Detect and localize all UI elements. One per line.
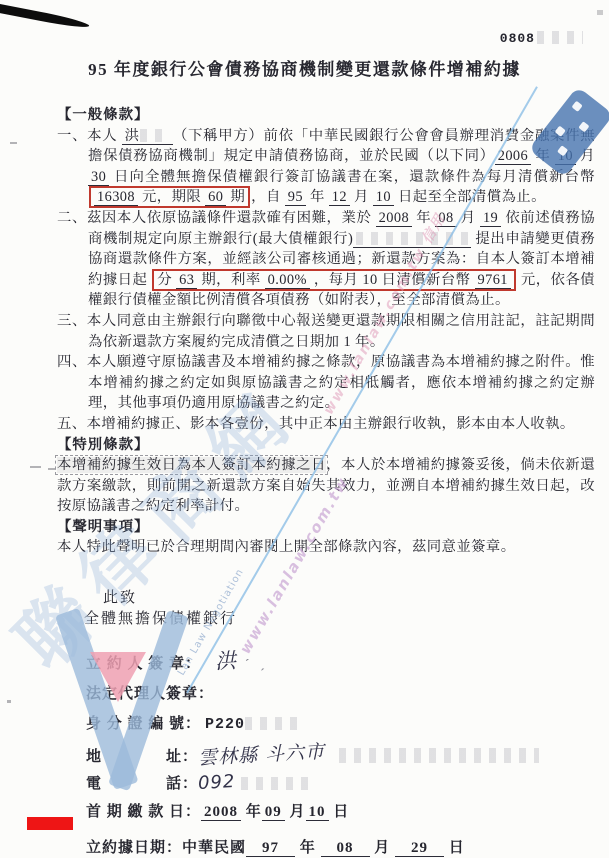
general-terms-heading: 【一般條款】 <box>57 105 595 126</box>
first-payment-date-row: 首 期 繳 款 日：2008 年09 月10 日 <box>86 800 349 821</box>
clause-3: 三、本人同意由主辦銀行向聯徵中心報送變更還款期限相關之信用註記，註記期間為依新還… <box>57 311 595 352</box>
signer-signature-label: 立 約 人 簽 章： <box>86 656 201 672</box>
special-terms-body: 本增補約據生效日為本人簽訂本約據之日，本人於本增補約據簽妥後，倘未依新還款方案繳… <box>57 455 595 517</box>
closing-salutation: 此致 <box>103 586 137 607</box>
contract-date-value: 97 年 08 月 29 日 <box>246 840 465 857</box>
phone-row: 電 話：092 <box>86 772 311 793</box>
address-row: 地 址：雲林縣 斗六市 <box>86 740 539 767</box>
first-payment-date-value: 2008 年09 月10 日 <box>201 804 349 821</box>
document-number: 0808 <box>500 31 583 46</box>
document-number-value: 0808 <box>500 31 535 46</box>
redacted-document-number <box>537 31 583 44</box>
scan-speck <box>7 700 11 703</box>
address-handwritten-value: 雲林縣 斗六市 <box>197 737 325 771</box>
document-body: 【一般條款】 一、本人 洪（下稱甲方）前依「中華民國銀行公會會員辦理消費金融案件… <box>57 105 595 558</box>
signer-signature-row: 立 約 人 簽 章：洪ˊ ˏ <box>86 645 269 675</box>
id-number-row: 身 分 證 編 號：P220 <box>86 712 297 733</box>
signature-stray-marks: ˊ ˏ <box>245 656 269 671</box>
id-number-value: P220 <box>205 716 245 733</box>
legal-representative-label: 法定代理人簽章： <box>86 686 214 702</box>
phone-handwritten-value: 092 <box>197 771 235 794</box>
contract-date-row: 立約據日期：中華民國97 年 08 月 29 日 <box>86 836 465 857</box>
document-title: 95 年度銀行公會債務協商機制變更還款條件增補約據 <box>0 55 609 80</box>
scan-speck <box>597 10 603 15</box>
contract-date-label: 立約據日期：中華民國 <box>86 840 246 856</box>
scan-speck <box>10 142 17 144</box>
clause-2: 二、茲因本人依原協議條件還款確有困難，業於 2008 年 08 月 19 依前述… <box>57 208 595 311</box>
clause-1: 一、本人 洪（下稱甲方）前依「中華民國銀行公會會員辦理消費金融案件無擔保債務協商… <box>57 126 595 208</box>
clause-4: 四、本人願遵守原協議書及本增補約據之條款，原協議書為本增補約據之附件。惟本增補約… <box>57 352 595 414</box>
address-label: 地 址： <box>86 749 198 765</box>
scan-speck <box>48 468 56 470</box>
closing-addressee: 全體無擔保債權銀行 <box>84 607 237 628</box>
first-payment-date-label: 首 期 繳 款 日： <box>86 804 201 820</box>
clause-5: 五、本增補約據正、影本各壹份，其中正本由主辦銀行收執，影本由本人收執。 <box>57 414 595 435</box>
scanned-document-page: 0808 95 年度銀行公會債務協商機制變更還款條件增補約據 【一般條款】 一、… <box>0 0 609 858</box>
phone-label: 電 話： <box>86 776 198 792</box>
declaration-heading: 【聲明事項】 <box>57 517 595 538</box>
special-terms-heading: 【特別條款】 <box>57 435 595 456</box>
declaration-body: 本人特此聲明已於合理期間內審閱上開全部條款內容，茲同意並簽章。 <box>57 537 595 558</box>
scan-artifact-stroke <box>0 3 90 31</box>
redacted-phone-digits <box>241 777 311 790</box>
legal-representative-row: 法定代理人簽章： <box>86 682 214 703</box>
id-number-label: 身 分 證 編 號： <box>86 716 201 732</box>
scan-speck <box>30 466 41 468</box>
red-highlight-block <box>27 817 73 830</box>
signer-handwritten-signature: 洪 <box>214 644 238 675</box>
redacted-id-digits <box>245 717 297 730</box>
redacted-address <box>339 748 539 763</box>
